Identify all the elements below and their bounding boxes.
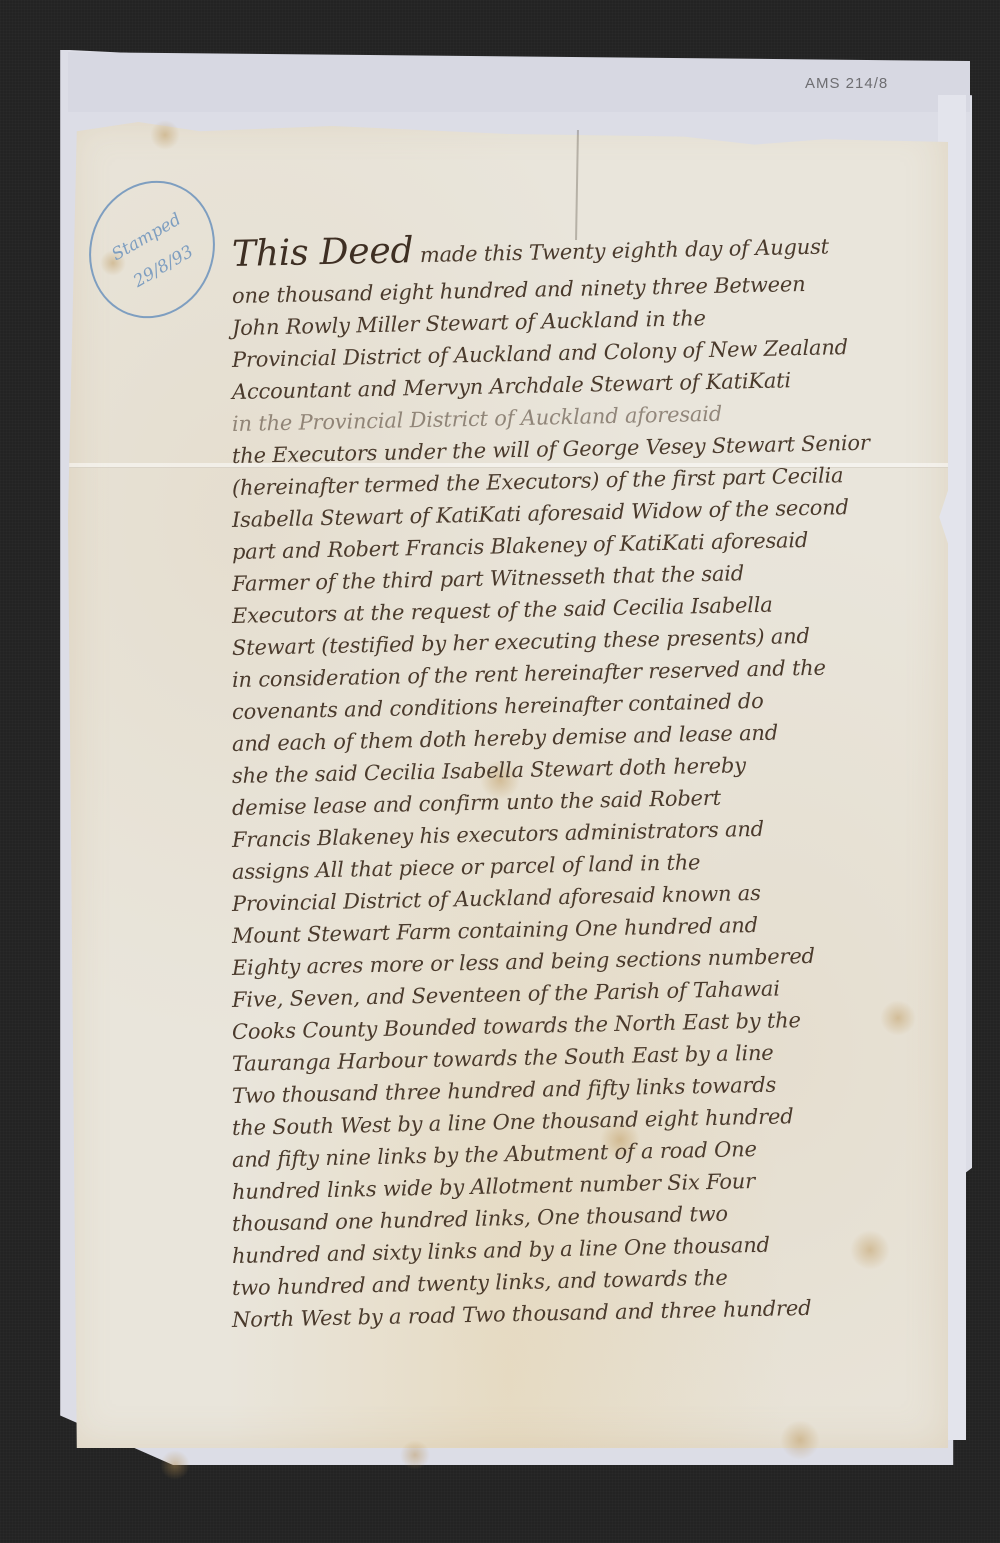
foxing-stain bbox=[150, 120, 180, 150]
deed-title: This Deed bbox=[232, 230, 414, 275]
archive-reference: AMS 214/8 bbox=[805, 75, 888, 92]
foxing-stain bbox=[400, 1440, 430, 1470]
foxing-stain bbox=[160, 1450, 190, 1480]
deed-text: This Deed made this Twenty eighth day of… bbox=[232, 230, 912, 1336]
foxing-stain bbox=[780, 1420, 820, 1460]
